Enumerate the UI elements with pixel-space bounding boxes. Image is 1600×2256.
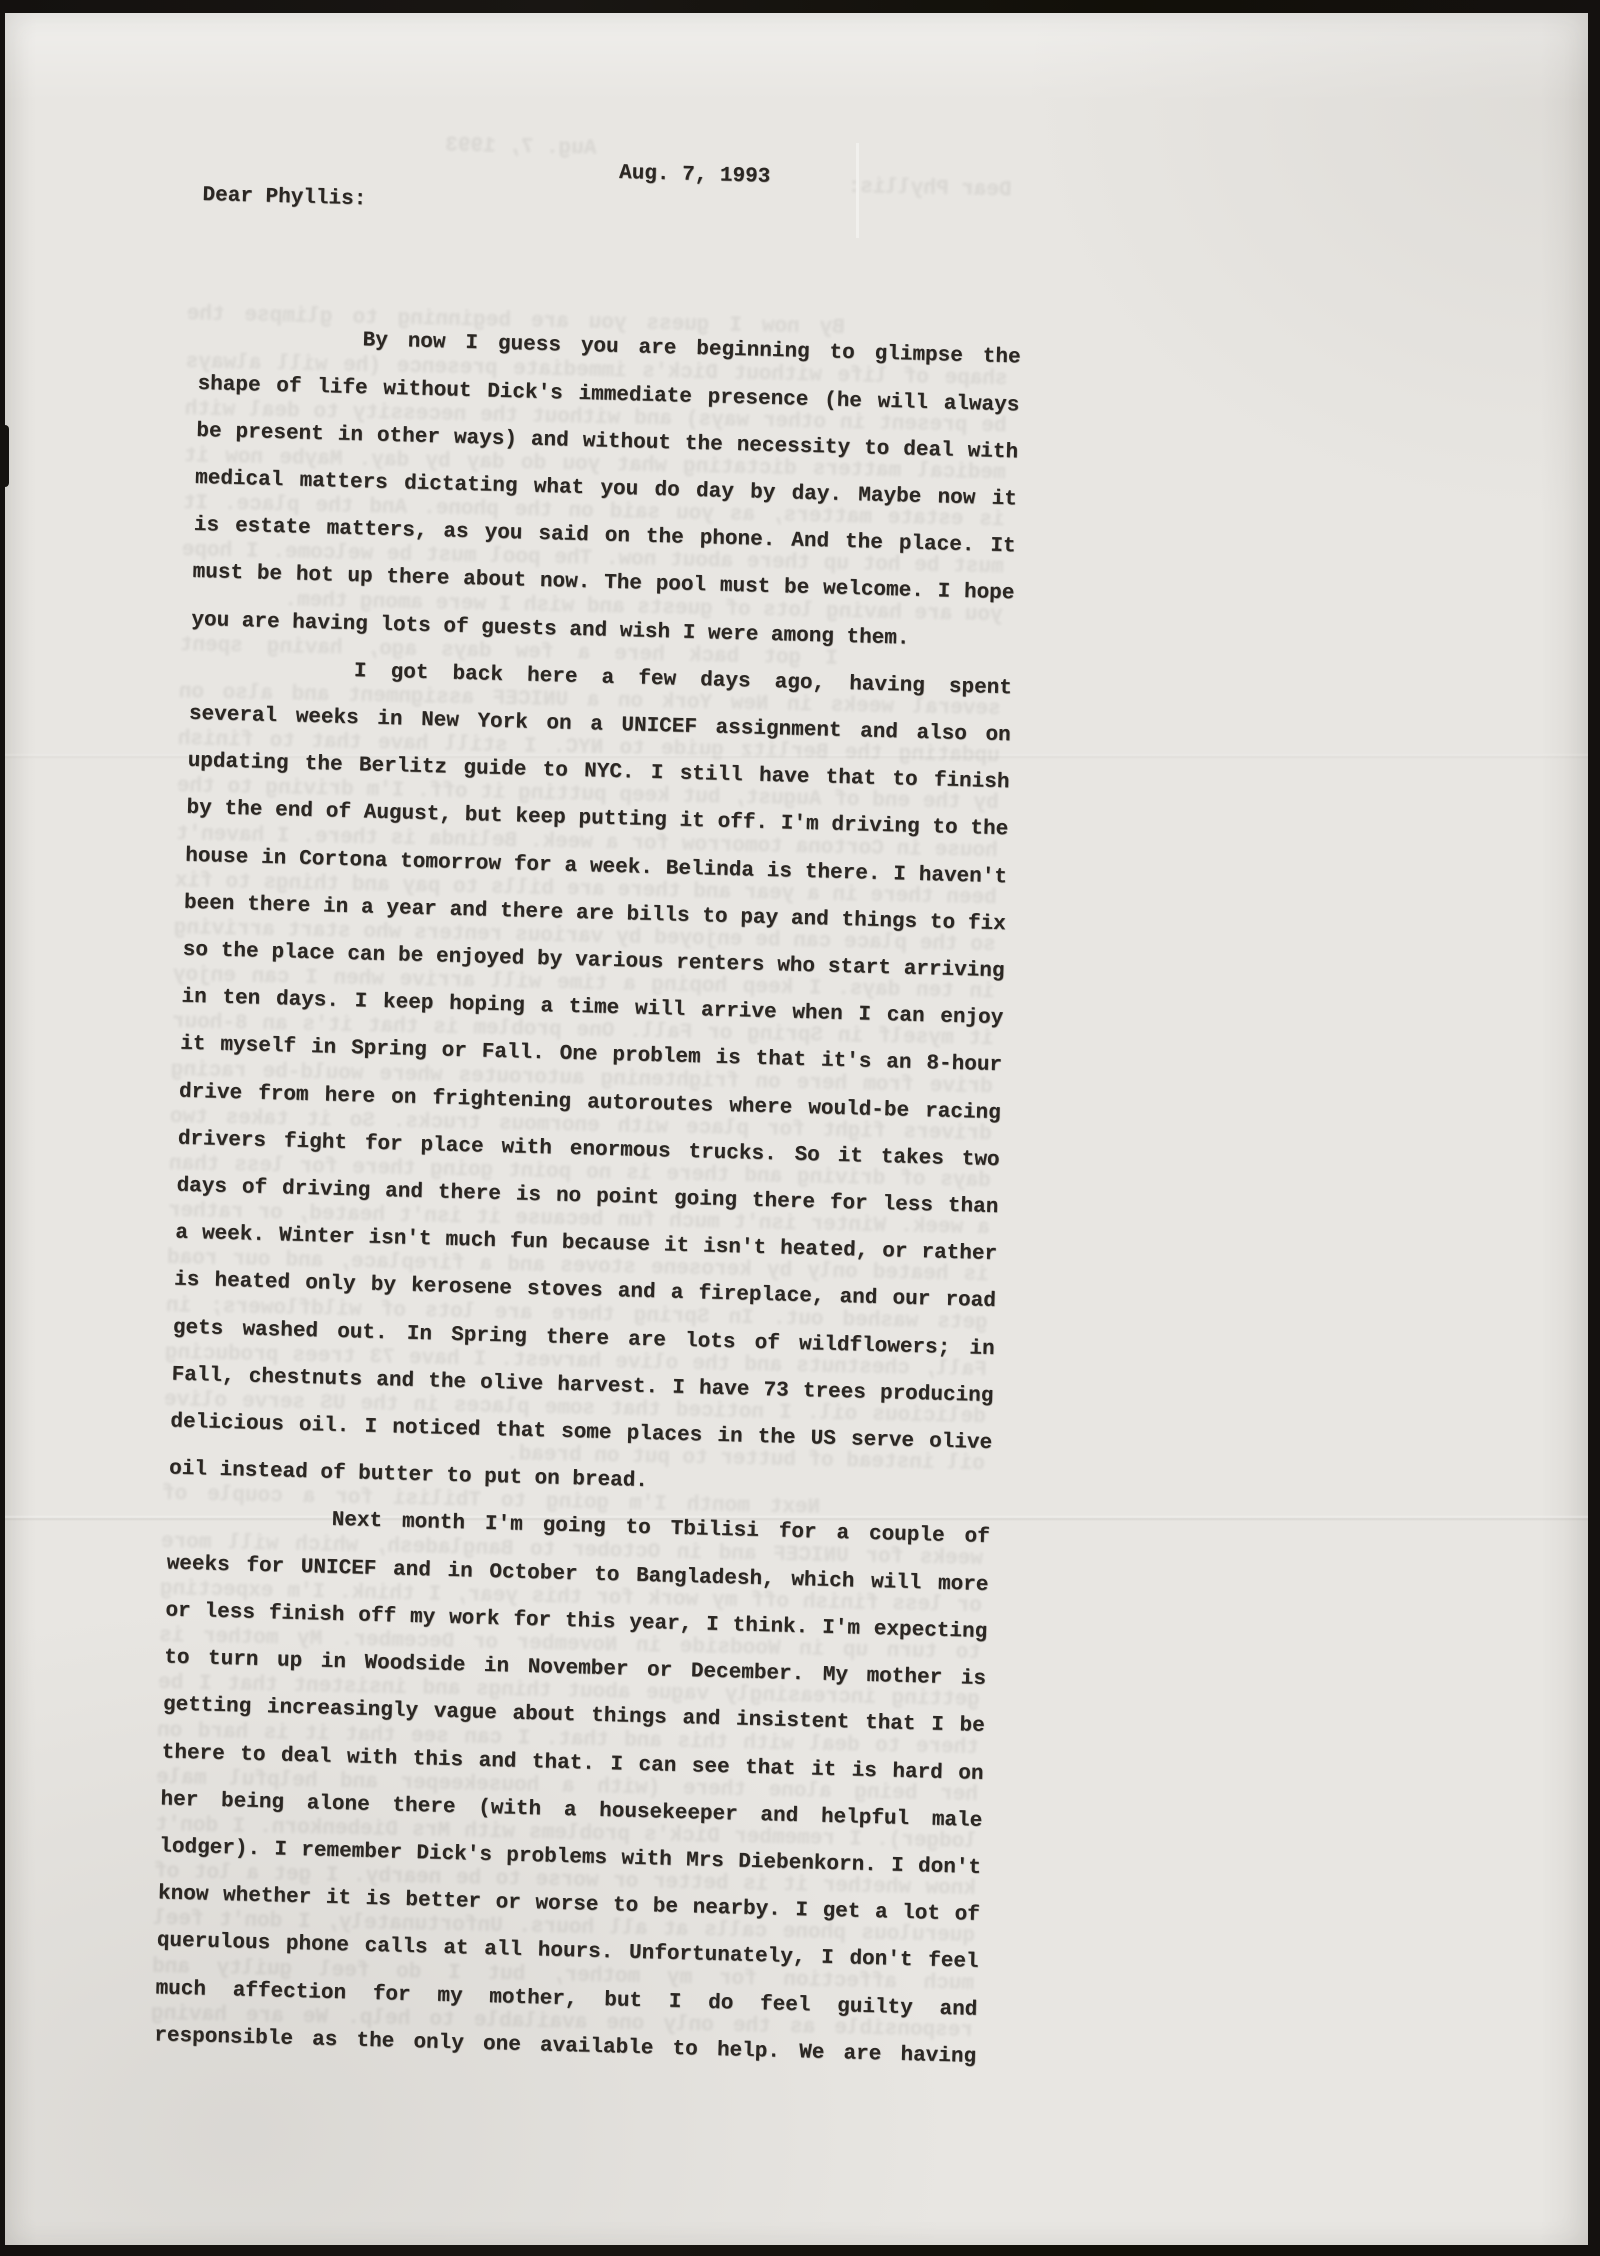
scan-edge-mark (0, 425, 9, 487)
paragraph: I got back here a few days ago, having s… (169, 644, 1013, 1515)
paragraph: Next month I'm going to Tbilisi for a co… (154, 1493, 991, 2081)
scanned-letter-page: { "colors": { "paper": "#e8e6e2", "ink":… (0, 0, 1600, 2256)
paragraph: By now I guess you are beginning to glim… (191, 313, 1021, 665)
letter-page: Aug. 7, 1993 Dear Phyllis: By now I gues… (5, 13, 1588, 2245)
letter-text-block: Aug. 7, 1993 Dear Phyllis: By now I gues… (154, 139, 1026, 2081)
letter-body: By now I guess you are beginning to glim… (154, 313, 1021, 2080)
